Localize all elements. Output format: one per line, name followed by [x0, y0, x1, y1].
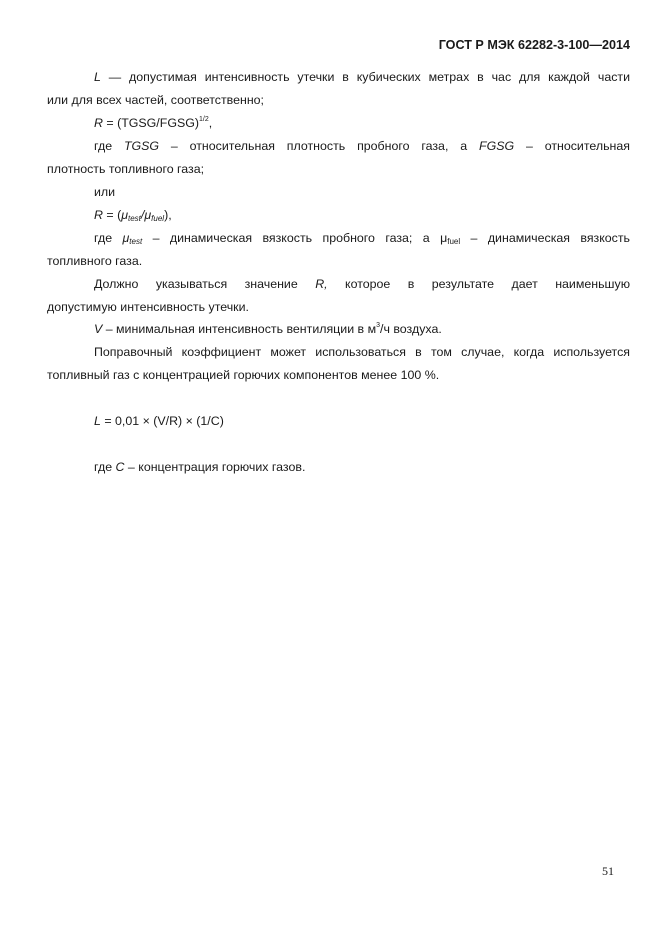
paragraph-mu-definition-cont: топливного газа. [47, 254, 630, 268]
paragraph-mu-definition: где μtest – динамическая вязкость пробно… [94, 231, 630, 245]
paragraph-c-definition: где C – концентрация горючих газов. [94, 460, 630, 474]
formula-r-density: R = (TGSG/FGSG)1/2, [94, 116, 630, 130]
paragraph-v-definition: V – минимальная интенсивность вентиляции… [94, 322, 630, 336]
paragraph-tgsg-definition-cont: плотность топливного газа; [47, 162, 630, 176]
paragraph-correction-factor: Поправочный коэффициент может использова… [94, 345, 630, 359]
paragraph-l-definition: L — допустимая интенсивность утечки в ку… [94, 70, 630, 84]
or-text: или [94, 185, 630, 199]
paragraph-r-selection-cont: допустимую интенсивность утечки. [47, 300, 630, 314]
formula-l: L = 0,01 × (V/R) × (1/C) [94, 414, 630, 428]
paragraph-correction-factor-cont: топливный газ с концентрацией горючих ко… [47, 368, 630, 382]
paragraph-tgsg-definition: где TGSG – относительная плотность пробн… [94, 139, 630, 153]
document-header: ГОСТ Р МЭК 62282-3-100—2014 [439, 38, 630, 52]
paragraph-r-selection: Должно указываться значение R, которое в… [94, 277, 630, 291]
page-number: 51 [602, 864, 614, 879]
paragraph-l-definition-cont: или для всех частей, соответственно; [47, 93, 630, 107]
formula-r-viscosity: R = (μtest/μfuel), [94, 208, 630, 222]
